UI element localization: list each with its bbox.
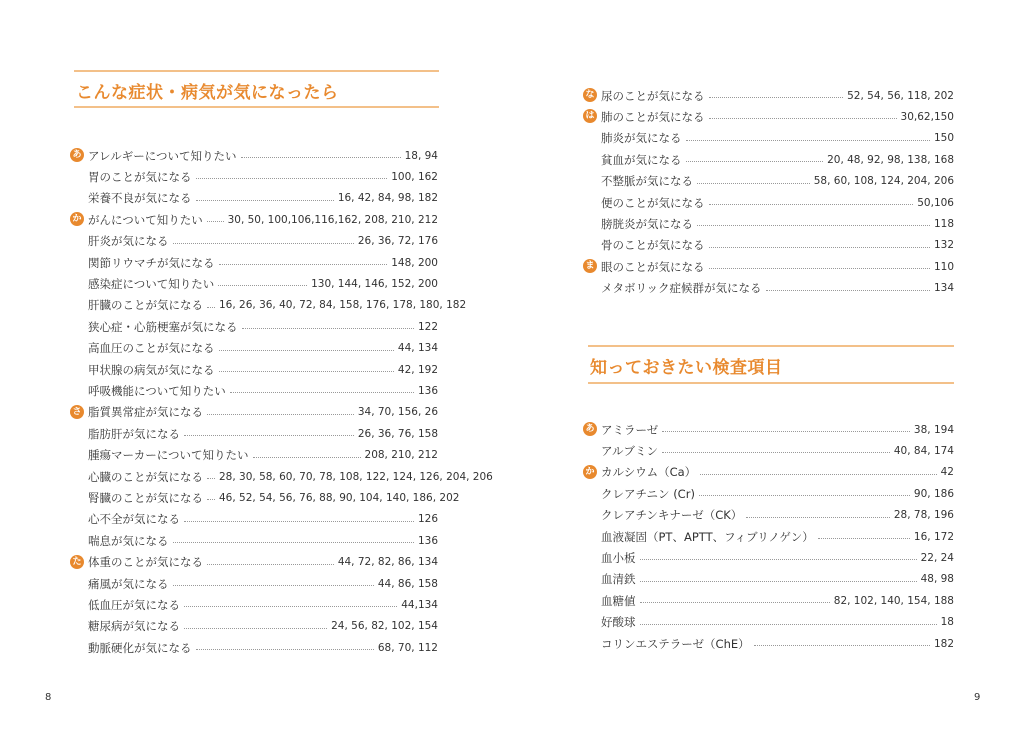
dot-leader	[662, 452, 890, 453]
entry-page-numbers: 136	[418, 385, 438, 397]
entry-label: 肺のことが気になる	[601, 109, 705, 125]
index-entry: 関節リウマチが気になる148, 200	[88, 252, 438, 273]
entry-label: 感染症について知りたい	[88, 276, 214, 292]
entry-page-numbers: 132	[934, 239, 954, 251]
dot-leader	[640, 602, 830, 603]
entry-page-numbers: 18	[941, 616, 954, 628]
index-entry: 痛風が気になる44, 86, 158	[88, 573, 438, 594]
index-entry: かカルシウム（Ca）42	[601, 462, 954, 483]
entry-page-numbers: 150	[934, 132, 954, 144]
entry-page-numbers: 68, 70, 112	[378, 642, 438, 654]
index-entry: 脂肪肝が気になる26, 36, 76, 158	[88, 423, 438, 444]
dot-leader	[697, 225, 930, 226]
dot-leader	[746, 517, 890, 518]
dot-leader	[766, 290, 930, 291]
index-entry: 感染症について知りたい130, 144, 146, 152, 200	[88, 273, 438, 294]
index-entry: 高血圧のことが気になる44, 134	[88, 338, 438, 359]
index-entry: ま眼のことが気になる110	[601, 256, 954, 277]
kana-section-badge: た	[70, 555, 84, 569]
entry-page-numbers: 182	[934, 638, 954, 650]
index-entry: 肺炎が気になる150	[601, 128, 954, 149]
dot-leader	[207, 564, 334, 565]
entry-page-numbers: 20, 48, 92, 98, 138, 168	[827, 154, 954, 166]
dot-leader	[253, 457, 361, 458]
entry-page-numbers: 122	[418, 321, 438, 333]
entry-page-numbers: 50,106	[917, 197, 954, 209]
kana-section-badge: あ	[583, 422, 597, 436]
entry-label: 心臓のことが気になる	[88, 469, 203, 485]
entry-label: 脂肪肝が気になる	[88, 426, 180, 442]
entry-page-numbers: 16, 42, 84, 98, 182	[338, 192, 438, 204]
title-bottom-rule	[588, 382, 954, 384]
entry-label: 栄養不良が気になる	[88, 190, 192, 206]
section-title-symptoms: こんな症状・病気が気になったら	[76, 78, 339, 103]
index-entry: クレアチンキナーゼ（CK）28, 78, 196	[601, 505, 954, 526]
dot-leader	[207, 307, 215, 308]
entry-page-numbers: 90, 186	[914, 488, 954, 500]
index-entry: 腫瘍マーカーについて知りたい208, 210, 212	[88, 445, 438, 466]
entry-page-numbers: 28, 78, 196	[894, 509, 954, 521]
dot-leader	[686, 140, 930, 141]
dot-leader	[699, 495, 910, 496]
entry-page-numbers: 48, 98	[921, 573, 954, 585]
index-entry: さ脂質異常症が気になる34, 70, 156, 26	[88, 402, 438, 423]
index-entry: は肺のことが気になる30,62,150	[601, 106, 954, 127]
entry-label: アレルギーについて知りたい	[88, 148, 237, 164]
index-entry: 貧血が気になる20, 48, 92, 98, 138, 168	[601, 149, 954, 170]
entry-page-numbers: 16, 172	[914, 531, 954, 543]
dot-leader	[697, 183, 810, 184]
entry-label: 膀胱炎が気になる	[601, 216, 693, 232]
entry-label: 貧血が気になる	[601, 152, 682, 168]
entry-label: 胃のことが気になる	[88, 169, 192, 185]
entry-page-numbers: 22, 24	[921, 552, 954, 564]
entry-page-numbers: 40, 84, 174	[894, 445, 954, 457]
entry-label: 関節リウマチが気になる	[88, 255, 215, 271]
dot-leader	[173, 542, 414, 543]
dot-leader	[709, 204, 914, 205]
entry-label: がんについて知りたい	[88, 212, 203, 228]
index-entry: 甲状腺の病気が気になる42, 192	[88, 359, 438, 380]
index-entry: メタボリック症候群が気になる134	[601, 278, 954, 299]
entry-label: 呼吸機能について知りたい	[88, 383, 226, 399]
dot-leader	[709, 247, 930, 248]
entry-label: 肺炎が気になる	[601, 130, 682, 146]
index-entry: た体重のことが気になる44, 72, 82, 86, 134	[88, 552, 438, 573]
index-entry: コリンエステラーゼ（ChE）182	[601, 633, 954, 654]
dot-leader	[640, 624, 937, 625]
entry-label: 心不全が気になる	[88, 511, 180, 527]
entry-label: 便のことが気になる	[601, 195, 705, 211]
entry-page-numbers: 130, 144, 146, 152, 200	[311, 278, 438, 290]
entry-page-numbers: 28, 30, 58, 60, 70, 78, 108, 122, 124, 1…	[219, 471, 493, 483]
right-page: な尿のことが気になる52, 54, 56, 118, 202は肺のことが気になる…	[512, 0, 1024, 733]
entry-page-numbers: 100, 162	[391, 171, 438, 183]
index-entry: 狭心症・心筋梗塞が気になる122	[88, 316, 438, 337]
dot-leader	[709, 118, 897, 119]
entry-page-numbers: 110	[934, 261, 954, 273]
dot-leader	[686, 161, 824, 162]
index-entry: 不整脈が気になる58, 60, 108, 124, 204, 206	[601, 171, 954, 192]
entry-page-numbers: 148, 200	[391, 257, 438, 269]
dot-leader	[207, 499, 215, 500]
dot-leader	[207, 478, 215, 479]
index-entry: あアミラーゼ38, 194	[601, 419, 954, 440]
dot-leader	[219, 264, 388, 265]
index-entry: 血清鉄48, 98	[601, 569, 954, 590]
entry-label: 体重のことが気になる	[88, 554, 203, 570]
index-entry: 便のことが気になる50,106	[601, 192, 954, 213]
entry-label: アミラーゼ	[601, 422, 658, 438]
index-entry: 肝臓のことが気になる16, 26, 36, 40, 72, 84, 158, 1…	[88, 295, 438, 316]
dot-leader	[219, 371, 394, 372]
entry-label: アルブミン	[601, 443, 658, 459]
title-bottom-rule	[74, 106, 439, 108]
entry-label: メタボリック症候群が気になる	[601, 280, 762, 296]
entry-page-numbers: 82, 102, 140, 154, 188	[834, 595, 954, 607]
page-number: 9	[974, 692, 980, 703]
entry-label: 腎臓のことが気になる	[88, 490, 203, 506]
kana-section-badge: な	[583, 88, 597, 102]
entry-page-numbers: 30,62,150	[901, 111, 954, 123]
index-entry: 肝炎が気になる26, 36, 72, 176	[88, 231, 438, 252]
dot-leader	[196, 178, 388, 179]
entry-page-numbers: 30, 50, 100,106,116,162, 208, 210, 212	[228, 214, 438, 226]
dot-leader	[173, 243, 354, 244]
entry-page-numbers: 134	[934, 282, 954, 294]
page-number: 8	[45, 692, 51, 703]
entry-page-numbers: 52, 54, 56, 118, 202	[847, 90, 954, 102]
entry-page-numbers: 44, 86, 158	[378, 578, 438, 590]
index-entry: 膀胱炎が気になる118	[601, 213, 954, 234]
index-entry: 血小板22, 24	[601, 547, 954, 568]
index-entry: 動脈硬化が気になる68, 70, 112	[88, 637, 438, 658]
index-entry: 栄養不良が気になる16, 42, 84, 98, 182	[88, 188, 438, 209]
entry-label: 尿のことが気になる	[601, 88, 705, 104]
index-entry: クレアチニン (Cr)90, 186	[601, 483, 954, 504]
entry-label: クレアチニン (Cr)	[601, 486, 695, 502]
entry-page-numbers: 44,134	[401, 599, 438, 611]
dot-leader	[662, 431, 910, 432]
entry-page-numbers: 24, 56, 82, 102, 154	[331, 620, 438, 632]
entry-page-numbers: 42, 192	[398, 364, 438, 376]
entry-label: 腫瘍マーカーについて知りたい	[88, 447, 249, 463]
index-entry: 胃のことが気になる100, 162	[88, 166, 438, 187]
dot-leader	[184, 521, 414, 522]
entry-label: 眼のことが気になる	[601, 259, 705, 275]
index-entry: 骨のことが気になる132	[601, 235, 954, 256]
dot-leader	[196, 649, 374, 650]
entry-label: 糖尿病が気になる	[88, 618, 180, 634]
title-top-rule	[74, 70, 439, 72]
entry-page-numbers: 38, 194	[914, 424, 954, 436]
kana-section-badge: さ	[70, 405, 84, 419]
entry-page-numbers: 44, 72, 82, 86, 134	[338, 556, 438, 568]
index-entry: 低血圧が気になる44,134	[88, 594, 438, 615]
index-entry: 呼吸機能について知りたい136	[88, 380, 438, 401]
left-page: こんな症状・病気が気になったら あアレルギーについて知りたい18, 94胃のこと…	[0, 0, 512, 733]
entry-page-numbers: 126	[418, 513, 438, 525]
index-entry: 血液凝固（PT、APTT、フィブリノゲン）16, 172	[601, 526, 954, 547]
dot-leader	[640, 559, 917, 560]
entry-page-numbers: 136	[418, 535, 438, 547]
index-entry: かがんについて知りたい30, 50, 100,106,116,162, 208,…	[88, 209, 438, 230]
dot-leader	[207, 221, 224, 222]
dot-leader	[709, 268, 930, 269]
kana-section-badge: か	[583, 465, 597, 479]
index-entry: 糖尿病が気になる24, 56, 82, 102, 154	[88, 616, 438, 637]
entry-label: 不整脈が気になる	[601, 173, 693, 189]
entry-page-numbers: 16, 26, 36, 40, 72, 84, 158, 176, 178, 1…	[219, 299, 466, 311]
entry-label: 狭心症・心筋梗塞が気になる	[88, 319, 238, 335]
kana-section-badge: あ	[70, 148, 84, 162]
dot-leader	[184, 628, 327, 629]
entry-label: 血液凝固（PT、APTT、フィブリノゲン）	[601, 529, 814, 545]
title-top-rule	[588, 345, 954, 347]
index-entry: 喘息が気になる136	[88, 530, 438, 551]
entry-label: 骨のことが気になる	[601, 237, 705, 253]
dot-leader	[241, 157, 401, 158]
entry-label: 痛風が気になる	[88, 576, 169, 592]
dot-leader	[242, 328, 414, 329]
index-entry: 心不全が気になる126	[88, 509, 438, 530]
entry-label: 脂質異常症が気になる	[88, 404, 203, 420]
dot-leader	[184, 435, 354, 436]
entry-page-numbers: 26, 36, 76, 158	[358, 428, 438, 440]
entry-label: 肝炎が気になる	[88, 233, 169, 249]
entry-label: 血清鉄	[601, 571, 636, 587]
entry-label: 肝臓のことが気になる	[88, 297, 203, 313]
entry-label: 好酸球	[601, 614, 636, 630]
entry-label: 血小板	[601, 550, 636, 566]
dot-leader	[640, 581, 917, 582]
entry-page-numbers: 118	[934, 218, 954, 230]
index-entry: 腎臓のことが気になる46, 52, 54, 56, 76, 88, 90, 10…	[88, 487, 438, 508]
entry-label: コリンエステラーゼ（ChE）	[601, 636, 750, 652]
dot-leader	[207, 414, 354, 415]
entry-label: 高血圧のことが気になる	[88, 340, 215, 356]
entry-label: 低血圧が気になる	[88, 597, 180, 613]
entry-page-numbers: 58, 60, 108, 124, 204, 206	[814, 175, 954, 187]
kana-section-badge: か	[70, 212, 84, 226]
kana-section-badge: は	[583, 109, 597, 123]
index-entry: あアレルギーについて知りたい18, 94	[88, 145, 438, 166]
entry-label: 喘息が気になる	[88, 533, 169, 549]
kana-section-badge: ま	[583, 259, 597, 273]
dot-leader	[184, 606, 397, 607]
entry-page-numbers: 34, 70, 156, 26	[358, 406, 438, 418]
dot-leader	[700, 474, 936, 475]
index-entry: 血糖値82, 102, 140, 154, 188	[601, 590, 954, 611]
dot-leader	[709, 97, 844, 98]
index-entry: 心臓のことが気になる28, 30, 58, 60, 70, 78, 108, 1…	[88, 466, 438, 487]
entry-label: 動脈硬化が気になる	[88, 640, 192, 656]
entry-label: クレアチンキナーゼ（CK）	[601, 507, 742, 523]
section-title-tests: 知っておきたい検査項目	[590, 353, 783, 378]
dot-leader	[230, 392, 414, 393]
index-entry: 好酸球18	[601, 612, 954, 633]
entry-page-numbers: 18, 94	[405, 150, 438, 162]
entry-page-numbers: 44, 134	[398, 342, 438, 354]
dot-leader	[218, 285, 307, 286]
entry-page-numbers: 208, 210, 212	[365, 449, 438, 461]
dot-leader	[173, 585, 374, 586]
entry-page-numbers: 46, 52, 54, 56, 76, 88, 90, 104, 140, 18…	[219, 492, 459, 504]
entry-page-numbers: 42	[941, 466, 954, 478]
entry-label: 血糖値	[601, 593, 636, 609]
index-entry: な尿のことが気になる52, 54, 56, 118, 202	[601, 85, 954, 106]
entry-label: カルシウム（Ca）	[601, 464, 696, 480]
entry-page-numbers: 26, 36, 72, 176	[358, 235, 438, 247]
dot-leader	[818, 538, 910, 539]
dot-leader	[196, 200, 334, 201]
dot-leader	[219, 350, 394, 351]
entry-label: 甲状腺の病気が気になる	[88, 362, 215, 378]
index-entry: アルブミン40, 84, 174	[601, 440, 954, 461]
dot-leader	[754, 645, 930, 646]
